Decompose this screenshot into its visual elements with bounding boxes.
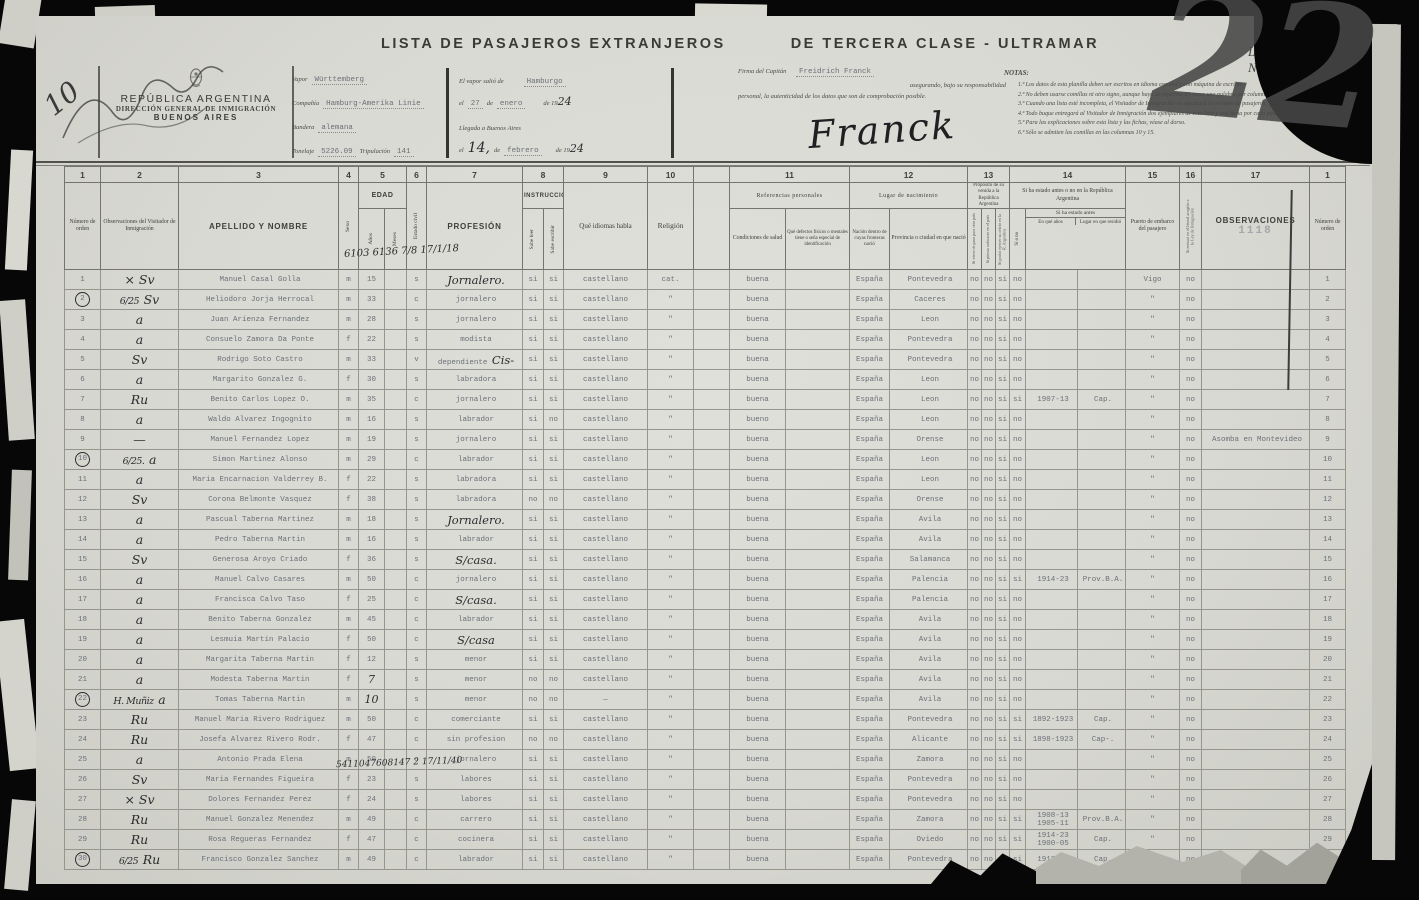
cell-write: si [544, 350, 564, 370]
cell-prov: Pontevedra [890, 710, 968, 730]
cell-write: si [544, 530, 564, 550]
cell-place: Cap. [1078, 830, 1126, 850]
cell-read: si [523, 590, 544, 610]
cell-n2: 24 [1310, 730, 1346, 750]
cell-n2: 20 [1310, 650, 1346, 670]
de-label-2: de [494, 147, 500, 154]
cell-health: buena [730, 850, 786, 870]
cell-name: Maria Fernandes Figueira [179, 770, 339, 790]
cell-prov: Palencia [890, 570, 968, 590]
cell-p2: si [996, 750, 1010, 770]
cell-port: " [1126, 370, 1180, 390]
voyage-box: El vapor salió de Hamburgo el 27 de ener… [446, 68, 674, 158]
cell-prof: S/casa. [427, 590, 523, 610]
cell-p1: no [982, 430, 996, 450]
cell-mark: Sv [101, 550, 179, 570]
cell-obs [1202, 770, 1310, 790]
table-row: 28RuManuel Gonzalez Menendezm49ccarreros… [65, 810, 1346, 830]
cell-read: si [523, 310, 544, 330]
cell-p1: no [982, 330, 996, 350]
cell-sex: m [339, 530, 359, 550]
cell-c16: no [1180, 510, 1202, 530]
cell-p2: si [996, 390, 1010, 410]
cell-years [1026, 370, 1078, 390]
cell-defects [786, 730, 850, 750]
captain-statement-2: personal, la autenticidad de los datos q… [738, 93, 926, 100]
cell-prov: Palencia [890, 590, 968, 610]
cell-rel: " [648, 350, 694, 370]
cell-c16: no [1180, 630, 1202, 650]
passenger-table: 1 2 3 4 5 6 7 8 9 10 11 12 13 14 15 16 1… [64, 166, 1346, 870]
llegada-day-handwritten: 14, [468, 140, 490, 156]
cell-n: 4 [65, 330, 101, 350]
cell-n2: 6 [1310, 370, 1346, 390]
cell-prov: Avila [890, 670, 968, 690]
cell-place [1078, 450, 1126, 470]
cell-obs [1202, 730, 1310, 750]
cell-c16: no [1180, 610, 1202, 630]
cell-place: Cap. [1078, 390, 1126, 410]
cell-port: " [1126, 470, 1180, 490]
cell-months [385, 710, 407, 730]
cell-sex: m [339, 690, 359, 710]
cell-blank [694, 710, 730, 730]
cell-read: si [523, 270, 544, 290]
cell-p0: no [968, 810, 982, 830]
cell-n2: 22 [1310, 690, 1346, 710]
cell-obs [1202, 330, 1310, 350]
cell-port: Vigo [1126, 270, 1180, 290]
cell-lang: castellano [564, 450, 648, 470]
cell-name: Heliodoro Jorja Herrocal [179, 290, 339, 310]
header-provincia: Provincia o ciudad en que nació [890, 209, 968, 270]
cell-sex: m [339, 290, 359, 310]
cell-civil: s [407, 470, 427, 490]
cell-c16: no [1180, 290, 1202, 310]
cell-prof: labrador [427, 450, 523, 470]
cell-prof: Jornalero. [427, 270, 523, 290]
cell-before: no [1010, 290, 1026, 310]
cell-months [385, 630, 407, 650]
compania-label: Compañía [292, 100, 319, 107]
header-nacion: Nación dentro de cuyas fronteras nació [850, 209, 890, 270]
cell-defects [786, 790, 850, 810]
cell-read: si [523, 390, 544, 410]
column-numbers-row: 1 2 3 4 5 6 7 8 9 10 11 12 13 14 15 16 1… [65, 167, 1346, 183]
cell-defects [786, 550, 850, 570]
cell-before: no [1010, 530, 1026, 550]
cell-prof: Jornalero. [427, 510, 523, 530]
cell-p0: no [968, 350, 982, 370]
cell-nation: España [850, 310, 890, 330]
header-puerto-embarco: Puerto de embarco del pasajero [1126, 183, 1180, 270]
cell-prof: menor [427, 690, 523, 710]
cell-age: 22 [359, 330, 385, 350]
cell-name: Generosa Aroyo Criado [179, 550, 339, 570]
cell-health: buena [730, 370, 786, 390]
cell-health: buena [730, 730, 786, 750]
cell-prov: Avila [890, 630, 968, 650]
cell-age: 23 [359, 770, 385, 790]
cell-blank [694, 510, 730, 530]
cell-blank [694, 450, 730, 470]
cell-p0: no [968, 530, 982, 550]
cell-months [385, 350, 407, 370]
torn-edge-strip [5, 150, 33, 271]
header-lugar-residio: Lugar en que residió [1076, 218, 1125, 225]
cell-p2: si [996, 590, 1010, 610]
cell-n2: 13 [1310, 510, 1346, 530]
cell-months [385, 550, 407, 570]
cell-p2: si [996, 290, 1010, 310]
cell-age: 36 [359, 550, 385, 570]
cell-civil: s [407, 550, 427, 570]
cell-rel: " [648, 790, 694, 810]
cell-place: Prov.B.A. [1078, 810, 1126, 830]
cell-name: Maria Encarnacion Valderrey B. [179, 470, 339, 490]
cell-lang: castellano [564, 270, 648, 290]
cell-n: 22 [65, 690, 101, 710]
el-label: el [459, 100, 464, 107]
cell-prov: Alicante [890, 730, 968, 750]
cell-nation: España [850, 530, 890, 550]
header-proposito-sub2: Si piensa radicarse en el país [982, 209, 996, 270]
cell-n: 19 [65, 630, 101, 650]
cell-months [385, 590, 407, 610]
cell-n: 20 [65, 650, 101, 670]
cell-defects [786, 750, 850, 770]
cell-p2: si [996, 430, 1010, 450]
cell-defects [786, 570, 850, 590]
table-row: 19aLesmuia Martin Palaciof50cS/casasisic… [65, 630, 1346, 650]
cell-write: si [544, 710, 564, 730]
cell-defects [786, 270, 850, 290]
cell-obs [1202, 270, 1310, 290]
cell-c16: no [1180, 790, 1202, 810]
cell-prof: modista [427, 330, 523, 350]
header-blank-column [694, 183, 730, 270]
cell-obs [1202, 590, 1310, 610]
cell-p2: si [996, 450, 1010, 470]
cell-c16: no [1180, 270, 1202, 290]
cell-defects [786, 310, 850, 330]
cell-prov: Leon [890, 370, 968, 390]
cell-n2: 5 [1310, 350, 1346, 370]
cell-nation: España [850, 470, 890, 490]
cell-rel: " [648, 650, 694, 670]
cell-prof: jornalero [427, 290, 523, 310]
cell-blank [694, 630, 730, 650]
cell-n2: 11 [1310, 470, 1346, 490]
cell-age: 50 [359, 570, 385, 590]
cell-write: si [544, 330, 564, 350]
cell-obs: Asomba en Montevideo [1202, 430, 1310, 450]
cell-lang: castellano [564, 490, 648, 510]
cell-p1: no [982, 390, 996, 410]
cell-c16: no [1180, 570, 1202, 590]
cell-before: no [1010, 490, 1026, 510]
cell-write: si [544, 550, 564, 570]
cell-n2: 18 [1310, 610, 1346, 630]
cell-write: si [544, 610, 564, 630]
cell-n: 16 [65, 570, 101, 590]
cell-blank [694, 390, 730, 410]
cell-prov: Pontevedra [890, 790, 968, 810]
cell-c16: no [1180, 730, 1202, 750]
cell-place [1078, 590, 1126, 610]
cell-civil: s [407, 650, 427, 670]
cell-write: si [544, 470, 564, 490]
cell-n2: 19 [1310, 630, 1346, 650]
cell-prof: labrador [427, 610, 523, 630]
cell-civil: c [407, 710, 427, 730]
cell-health: buena [730, 770, 786, 790]
cell-port: " [1126, 690, 1180, 710]
cell-obs [1202, 690, 1310, 710]
cell-prof: S/casa. [427, 550, 523, 570]
cell-civil: s [407, 510, 427, 530]
cell-c16: no [1180, 390, 1202, 410]
cell-p0: no [968, 630, 982, 650]
cell-c16: no [1180, 590, 1202, 610]
cell-place [1078, 370, 1126, 390]
cell-before: no [1010, 650, 1026, 670]
cell-months [385, 830, 407, 850]
cell-port: " [1126, 390, 1180, 410]
cell-years [1026, 550, 1078, 570]
tripulacion-value: 141 [394, 148, 414, 157]
cell-lang: castellano [564, 630, 648, 650]
cell-mark: × Sv [101, 270, 179, 290]
salida-year-handwritten: 24 [558, 95, 572, 108]
cell-c16: no [1180, 490, 1202, 510]
cell-age: 16 [359, 530, 385, 550]
cell-prov: Avila [890, 690, 968, 710]
cell-months [385, 290, 407, 310]
cell-port: " [1126, 410, 1180, 430]
cell-place: Cap-. [1078, 730, 1126, 750]
cell-civil: s [407, 370, 427, 390]
cell-age: 50 [359, 710, 385, 730]
cell-read: si [523, 370, 544, 390]
cell-mark: Ru [101, 830, 179, 850]
cell-p1: no [982, 410, 996, 430]
cell-lang: castellano [564, 810, 648, 830]
cell-lang: castellano [564, 730, 648, 750]
cell-sex: m [339, 510, 359, 530]
cell-read: si [523, 410, 544, 430]
cell-lang: castellano [564, 530, 648, 550]
cell-blank [694, 850, 730, 870]
cell-c16: no [1180, 470, 1202, 490]
cell-years [1026, 530, 1078, 550]
cell-years: 1914-231900-05 [1026, 830, 1078, 850]
cell-prof: cocinera [427, 830, 523, 850]
cell-prof: labrador [427, 410, 523, 430]
cell-obs [1202, 350, 1310, 370]
cell-before: no [1010, 470, 1026, 490]
cell-sex: f [339, 650, 359, 670]
col-number: 1 [65, 167, 101, 183]
col-number: 4 [339, 167, 359, 183]
cell-p1: no [982, 310, 996, 330]
llegada-month: febrero [504, 147, 542, 156]
cell-name: Pascual Taberna Martinez [179, 510, 339, 530]
col-number: 17 [1202, 167, 1310, 183]
cell-p0: no [968, 850, 982, 870]
cell-port: " [1126, 750, 1180, 770]
cell-p0: no [968, 290, 982, 310]
cell-read: si [523, 330, 544, 350]
cell-months [385, 790, 407, 810]
cell-name: Manuel Fernandez Lopez [179, 430, 339, 450]
cell-p1: no [982, 810, 996, 830]
cell-civil: s [407, 690, 427, 710]
cell-civil: c [407, 450, 427, 470]
cell-age: 35 [359, 390, 385, 410]
cell-p2: si [996, 310, 1010, 330]
cell-before: no [1010, 750, 1026, 770]
cell-before: no [1010, 610, 1026, 630]
cell-n: 8 [65, 410, 101, 430]
cell-before: no [1010, 790, 1026, 810]
cell-lang: castellano [564, 410, 648, 430]
cell-health: buena [730, 450, 786, 470]
cell-obs [1202, 670, 1310, 690]
cell-months [385, 470, 407, 490]
cell-health: buena [730, 430, 786, 450]
cell-health: buena [730, 630, 786, 650]
cell-mark: a [101, 530, 179, 550]
cell-port: " [1126, 830, 1180, 850]
salida-month: enero [497, 100, 526, 109]
cell-prof: labores [427, 790, 523, 810]
cell-sex: f [339, 490, 359, 510]
cell-defects [786, 590, 850, 610]
cell-health: buena [730, 590, 786, 610]
cell-nation: España [850, 510, 890, 530]
cell-prov: Pontevedra [890, 350, 968, 370]
cell-write: si [544, 850, 564, 870]
llegada-year-handwritten: 24 [570, 142, 584, 155]
cell-c16: no [1180, 690, 1202, 710]
table-row: 4aConsuelo Zamora Da Pontef22smodistasis… [65, 330, 1346, 350]
cell-lang: castellano [564, 610, 648, 630]
cell-port: " [1126, 630, 1180, 650]
cell-prov: Pontevedra [890, 770, 968, 790]
col-number: 10 [648, 167, 694, 183]
table-row: 8aWaldo Alvarez Ingognitom16slabradorsin… [65, 410, 1346, 430]
captain-box: Firma del Capitán Freidrich Franck asegu… [738, 68, 1006, 160]
table-row: 5SvRodrigo Soto Castrom33vdependiente Ci… [65, 350, 1346, 370]
cell-before: si [1010, 730, 1026, 750]
header-ha-estado-antes: Si ha estado antes En qué años Lugar en … [1026, 209, 1126, 270]
cell-obs [1202, 630, 1310, 650]
cell-before: no [1010, 690, 1026, 710]
cell-p2: si [996, 550, 1010, 570]
table-row: 26/25 SvHeliodoro Jorja Herrocalm33cjorn… [65, 290, 1346, 310]
cell-p1: no [982, 350, 996, 370]
cell-place: Prov.B.A. [1078, 570, 1126, 590]
cell-prov: Leon [890, 310, 968, 330]
pen-scribble [58, 58, 238, 148]
cell-prof: jornalero [427, 570, 523, 590]
cell-rel: " [648, 370, 694, 390]
cell-p0: no [968, 590, 982, 610]
header-group-row: Número de orden Observaciones del Visita… [65, 183, 1346, 209]
cell-nation: España [850, 670, 890, 690]
cell-port: " [1126, 730, 1180, 750]
tripulacion-label: Tripulación [360, 148, 390, 155]
cell-nation: España [850, 750, 890, 770]
cell-c16: no [1180, 550, 1202, 570]
cell-n2: 9 [1310, 430, 1346, 450]
cell-p0: no [968, 570, 982, 590]
cell-n2: 3 [1310, 310, 1346, 330]
cell-rel: " [648, 390, 694, 410]
cell-age: 15 [359, 270, 385, 290]
header-sabe-escribir: Sabe escribir [544, 209, 564, 270]
cell-place [1078, 470, 1126, 490]
cell-p0: no [968, 830, 982, 850]
cell-rel: " [648, 630, 694, 650]
cell-prov: Avila [890, 610, 968, 630]
cell-place [1078, 490, 1126, 510]
cell-prov: Zamora [890, 810, 968, 830]
header-meses: Meses [385, 209, 407, 270]
cell-p1: no [982, 650, 996, 670]
cell-nation: España [850, 410, 890, 430]
cell-place [1078, 290, 1126, 310]
cell-place [1078, 690, 1126, 710]
cell-port: " [1126, 490, 1180, 510]
cell-health: buena [730, 490, 786, 510]
cell-prof: dependiente Cis- [427, 350, 523, 370]
cell-place [1078, 770, 1126, 790]
cell-read: si [523, 850, 544, 870]
table-row: 17aFrancisca Calvo Tasof25cS/casa.sisica… [65, 590, 1346, 610]
table-row: 1× SvManuel Casal Gollam15sJornalero.sis… [65, 270, 1346, 290]
cell-age: 50 [359, 630, 385, 650]
cell-read: si [523, 790, 544, 810]
cell-p2: si [996, 510, 1010, 530]
cell-defects [786, 490, 850, 510]
cell-mark: a [101, 510, 179, 530]
cell-read: si [523, 650, 544, 670]
cell-sex: f [339, 630, 359, 650]
cell-before: si [1010, 710, 1026, 730]
cell-n2: 26 [1310, 770, 1346, 790]
cell-p1: no [982, 730, 996, 750]
cell-n: 26 [65, 770, 101, 790]
cell-p1: no [982, 830, 996, 850]
cell-read: si [523, 430, 544, 450]
header-observaciones: OBSERVACIONES 1118 [1202, 183, 1310, 270]
cell-obs [1202, 650, 1310, 670]
cell-months [385, 490, 407, 510]
table-row: 12SvCorona Belmonte Vasquezf38slabradora… [65, 490, 1346, 510]
cell-name: Pedro Taberna Martin [179, 530, 339, 550]
cell-years: 1914-23 [1026, 570, 1078, 590]
cell-defects [786, 610, 850, 630]
cell-age: 47 [359, 730, 385, 750]
cell-p2: si [996, 350, 1010, 370]
cell-sex: f [339, 770, 359, 790]
cell-write: si [544, 570, 564, 590]
cell-obs [1202, 390, 1310, 410]
cell-defects [786, 470, 850, 490]
col-number: 8 [523, 167, 564, 183]
